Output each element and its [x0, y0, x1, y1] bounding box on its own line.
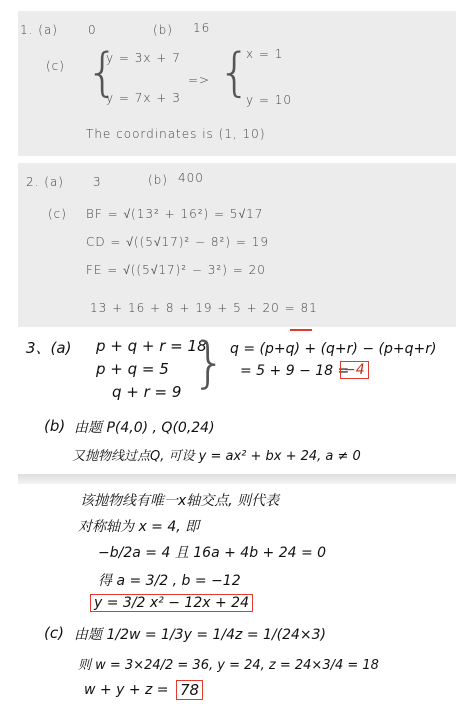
- q1-eq1: y = 3x + 7: [106, 51, 181, 65]
- q3-b-line6: 得 a = 3/2 , b = −12: [98, 570, 241, 590]
- divider: [18, 474, 456, 484]
- q1-solution-x: x = 1: [246, 47, 283, 61]
- q1-b-label: (b): [153, 23, 173, 37]
- q2-b-value: 400: [178, 171, 204, 185]
- answer-photo-q3-part1: 3、(a) p + q + r = 18 p + q = 5 q + r = 9…: [18, 327, 456, 475]
- red-mark: [290, 329, 312, 331]
- q2-sum: 13 + 16 + 8 + 19 + 5 + 20 = 81: [90, 301, 318, 315]
- q3-c-line2: 则 w = 3×24/2 = 36, y = 24, z = 24×3/4 = …: [78, 654, 379, 673]
- q2-bf: BF = √(13² + 16²) = 5√17: [86, 207, 263, 221]
- q3-b-line4: 对称轴为 x = 4, 即: [78, 516, 199, 536]
- q1-solution-y: y = 10: [246, 93, 292, 107]
- answer-photo-q1: 1. (a) 0 (b) 16 (c) { y = 3x + 7 y = 7x …: [18, 11, 456, 156]
- q1-eq2: y = 7x + 3: [106, 91, 181, 105]
- q3-c-label: (c): [44, 624, 64, 642]
- answer-a-box: −4: [340, 361, 369, 379]
- answer-b-box: y = 3/2 x² − 12x + 24: [90, 594, 253, 612]
- q1-b-value: 16: [193, 21, 210, 35]
- q3-derive: q = (p+q) + (q+r) − (p+q+r): [230, 341, 436, 357]
- answer-photo-q3-part2: 该抛物线有唯一x轴交点, 则代表 对称轴为 x = 4, 即 −b/2a = 4…: [18, 484, 456, 713]
- q3-eq3: q + r = 9: [112, 383, 181, 401]
- q3-a-label: 3、(a): [26, 337, 71, 358]
- q3-b-line2: 又抛物线过点Q, 可设 y = ax² + bx + 24, a ≠ 0: [72, 445, 361, 464]
- q2-a-label: 2. (a): [26, 175, 64, 189]
- q2-b-label: (b): [148, 173, 168, 187]
- q3-b-line3: 该抛物线有唯一x轴交点, 则代表: [80, 490, 279, 510]
- q2-c-label: (c): [48, 207, 67, 221]
- q3-c-line3: w + y + z =: [84, 682, 169, 698]
- answer-c-box: 78: [176, 680, 203, 700]
- q1-a-value: 0: [88, 23, 97, 37]
- right-brace: {: [190, 331, 224, 394]
- q2-fe: FE = √((5√17)² − 3²) = 20: [86, 263, 266, 277]
- q3-eq2: p + q = 5: [96, 360, 169, 378]
- q1-conclusion: The coordinates is (1, 10): [86, 127, 266, 141]
- answer-photo-q2: 2. (a) 3 (b) 400 (c) BF = √(13² + 16²) =…: [18, 163, 456, 327]
- q2-a-value: 3: [93, 175, 102, 189]
- q2-cd: CD = √((5√17)² − 8²) = 19: [86, 235, 269, 249]
- q3-b-line1: 由题 P(4,0) , Q(0,24): [74, 417, 215, 437]
- q3-b-label: (b): [44, 417, 65, 435]
- q3-derive2: = 5 + 9 − 18 =: [240, 363, 349, 379]
- q3-b-line5: −b/2a = 4 且 16a + 4b + 24 = 0: [98, 542, 326, 562]
- implies-arrow: =>: [188, 73, 210, 87]
- q1-c-label: (c): [46, 59, 65, 73]
- q3-c-line1: 由题 1/2w = 1/3y = 1/4z = 1/(24×3): [74, 624, 326, 644]
- q1-a-label: 1. (a): [20, 23, 58, 37]
